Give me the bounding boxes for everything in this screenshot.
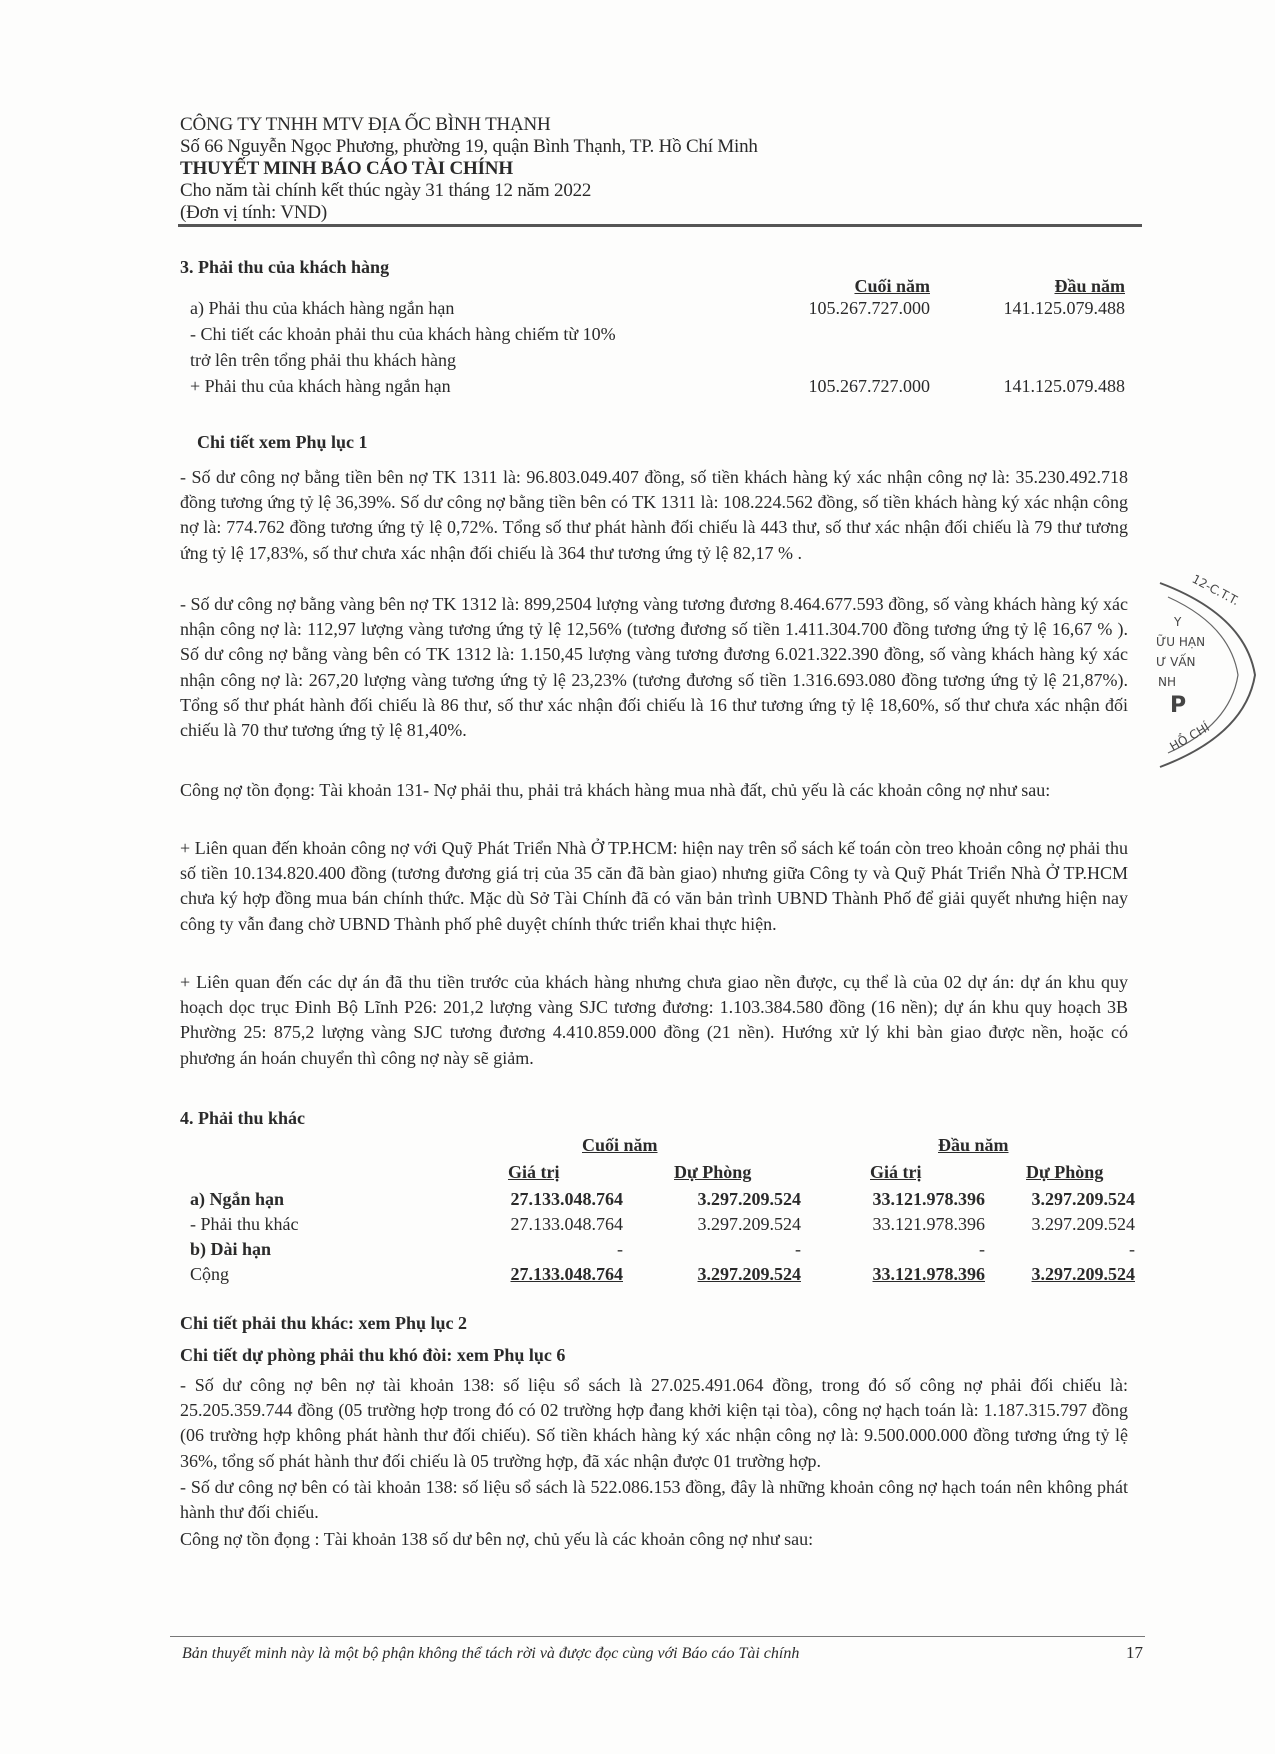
group-beginning-of-year: Đầu năm (938, 1135, 1009, 1156)
table-row: b) Dài hạn - - - - (180, 1239, 1135, 1264)
appendix-2-reference: Chi tiết phải thu khác: xem Phụ lục 2 (180, 1313, 467, 1334)
header-divider (178, 224, 1142, 227)
col-end-of-year: Cuối năm (854, 276, 930, 297)
paragraph-housing-fund: + Liên quan đến khoản công nợ với Quỹ Ph… (180, 836, 1128, 937)
col-beginning-of-year: Đầu năm (1054, 276, 1125, 297)
table-row: a) Ngắn hạn 27.133.048.764 3.297.209.524… (180, 1189, 1135, 1214)
section-3-title: 3. Phải thu của khách hàng (180, 257, 389, 278)
currency-unit: (Đơn vị tính: VND) (180, 202, 900, 224)
table-total-row: Cộng 27.133.048.764 3.297.209.524 33.121… (180, 1264, 1135, 1289)
appendix-6-reference: Chi tiết dự phòng phải thu khó đòi: xem … (180, 1345, 565, 1366)
appendix-1-reference: Chi tiết xem Phụ lục 1 (197, 432, 368, 453)
paragraph-tk138-credit: - Số dư công nợ bên có tài khoản 138: số… (180, 1475, 1128, 1525)
page-number: 17 (1126, 1643, 1143, 1663)
document-title: THUYẾT MINH BÁO CÁO TÀI CHÍNH (180, 158, 900, 180)
column-header-row: Giá trị Dự Phòng Giá trị Dự Phòng (180, 1162, 1135, 1189)
other-receivables-table: Cuối năm Đầu năm Giá trị Dự Phòng Giá tr… (180, 1135, 1135, 1289)
paragraph-outstanding-131: Công nợ tồn đọng: Tài khoản 131- Nợ phải… (180, 778, 1128, 803)
group-end-of-year: Cuối năm (582, 1135, 658, 1156)
table-row: trở lên trên tổng phải thu khách hàng (185, 350, 1125, 376)
col-end-provision: Dự Phòng (674, 1162, 751, 1183)
col-begin-provision: Dự Phòng (1026, 1162, 1103, 1183)
company-stamp: 12-C.T.T. Y ỮU HẠN Ư VẤN NH P HỒ CHÍ (1150, 575, 1270, 775)
col-end-value: Giá trị (508, 1162, 560, 1183)
table-row: - Phải thu khác 27.133.048.764 3.297.209… (180, 1214, 1135, 1239)
table-row: a) Phải thu của khách hàng ngắn hạn 105.… (185, 298, 1125, 324)
group-header-row: Cuối năm Đầu năm (180, 1135, 1135, 1162)
receivables-table: Cuối năm Đầu năm a) Phải thu của khách h… (185, 280, 1125, 402)
table-row: - Chi tiết các khoản phải thu của khách … (185, 324, 1125, 350)
company-address: Số 66 Nguyễn Ngọc Phương, phường 19, quậ… (180, 136, 900, 158)
paragraph-projects: + Liên quan đến các dự án đã thu tiền tr… (180, 970, 1128, 1071)
footer-note: Bản thuyết minh này là một bộ phận không… (182, 1645, 799, 1663)
col-begin-value: Giá trị (870, 1162, 922, 1183)
section-4-title: 4. Phải thu khác (180, 1108, 305, 1129)
document-header: CÔNG TY TNHH MTV ĐỊA ỐC BÌNH THẠNH Số 66… (180, 114, 900, 224)
paragraph-tk138-debit: - Số dư công nợ bên nợ tài khoản 138: số… (180, 1373, 1128, 1474)
table-row: + Phải thu của khách hàng ngắn hạn 105.2… (185, 376, 1125, 402)
company-name: CÔNG TY TNHH MTV ĐỊA ỐC BÌNH THẠNH (180, 114, 900, 136)
reporting-period: Cho năm tài chính kết thúc ngày 31 tháng… (180, 180, 900, 202)
receivables-table-header: Cuối năm Đầu năm (185, 276, 1125, 298)
paragraph-tk1311: - Số dư công nợ bằng tiền bên nợ TK 1311… (180, 465, 1128, 566)
paragraph-outstanding-138: Công nợ tồn đọng : Tài khoản 138 số dư b… (180, 1527, 1128, 1552)
document-page: CÔNG TY TNHH MTV ĐỊA ỐC BÌNH THẠNH Số 66… (0, 0, 1275, 1754)
paragraph-tk1312: - Số dư công nợ bằng vàng bên nợ TK 1312… (180, 592, 1128, 743)
footer-divider (170, 1636, 1145, 1637)
